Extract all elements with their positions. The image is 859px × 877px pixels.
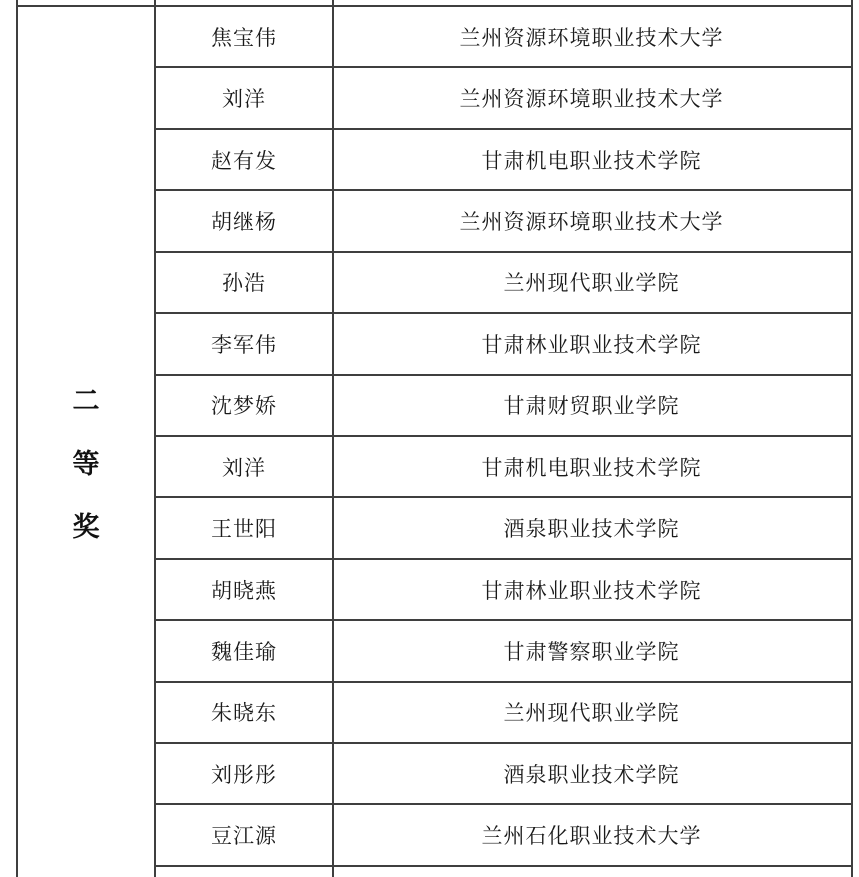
school-name-cell: 兰州石化职业技术大学 bbox=[332, 805, 851, 864]
award-group-cell: 二 等 奖 bbox=[18, 7, 154, 877]
table-row: 刘洋 甘肃机电职业技术学院 bbox=[156, 437, 851, 498]
table-row: 朱晓东 兰州现代职业学院 bbox=[156, 683, 851, 744]
document-page: 二 等 奖 焦宝伟 兰州资源环境职业技术大学 刘洋 兰州资源环境职业技术大学 赵… bbox=[0, 0, 859, 877]
winner-name-cell: 李军伟 bbox=[156, 314, 332, 373]
winner-name-cell: 胡继杨 bbox=[156, 191, 332, 250]
school-name-cell: 兰州现代职业学院 bbox=[332, 253, 851, 312]
table-row: 李军伟 甘肃林业职业技术学院 bbox=[156, 314, 851, 375]
school-name-cell: 兰州现代职业学院 bbox=[332, 683, 851, 742]
table-row: 刘彤彤 酒泉职业技术学院 bbox=[156, 744, 851, 805]
table-row: 沈梦娇 甘肃财贸职业学院 bbox=[156, 376, 851, 437]
winner-name-cell: 王世阳 bbox=[156, 498, 332, 557]
school-name-cell: 酒泉职业技术学院 bbox=[332, 498, 851, 557]
table-row: 赵有发 甘肃机电职业技术学院 bbox=[156, 130, 851, 191]
school-name-cell: 甘肃财贸职业学院 bbox=[332, 376, 851, 435]
winner-name-cell: 赵有发 bbox=[156, 130, 332, 189]
school-name-cell: 酒泉职业技术学院 bbox=[332, 744, 851, 803]
table-row: 豆江源 兰州石化职业技术大学 bbox=[156, 805, 851, 866]
table-row: 魏佳瑜 甘肃警察职业学院 bbox=[156, 621, 851, 682]
school-name-cell: 兰州资源环境职业技术大学 bbox=[332, 68, 851, 127]
award-label-char: 二 bbox=[18, 370, 154, 433]
table-row: 胡晓燕 甘肃林业职业技术学院 bbox=[156, 560, 851, 621]
winner-name-cell: 豆江源 bbox=[156, 805, 332, 864]
winner-table-rows: 焦宝伟 兰州资源环境职业技术大学 刘洋 兰州资源环境职业技术大学 赵有发 甘肃机… bbox=[156, 7, 851, 867]
winner-name-cell: 沈梦娇 bbox=[156, 376, 332, 435]
award-label-char: 等 bbox=[18, 433, 154, 496]
table-right-border bbox=[851, 0, 853, 877]
table-row: 孙浩 兰州现代职业学院 bbox=[156, 253, 851, 314]
school-name-cell: 甘肃林业职业技术学院 bbox=[332, 314, 851, 373]
table-row: 焦宝伟 兰州资源环境职业技术大学 bbox=[156, 7, 851, 68]
school-name-cell: 甘肃警察职业学院 bbox=[332, 621, 851, 680]
award-label: 二 等 奖 bbox=[18, 370, 154, 559]
table-row: 胡继杨 兰州资源环境职业技术大学 bbox=[156, 191, 851, 252]
school-name-cell: 兰州资源环境职业技术大学 bbox=[332, 7, 851, 66]
winner-name-cell: 魏佳瑜 bbox=[156, 621, 332, 680]
school-name-cell: 甘肃机电职业技术学院 bbox=[332, 130, 851, 189]
winner-name-cell: 朱晓东 bbox=[156, 683, 332, 742]
school-name-cell: 兰州资源环境职业技术大学 bbox=[332, 191, 851, 250]
winner-name-cell: 孙浩 bbox=[156, 253, 332, 312]
table-row: 王世阳 酒泉职业技术学院 bbox=[156, 498, 851, 559]
award-label-char: 奖 bbox=[18, 496, 154, 559]
winner-name-cell: 刘彤彤 bbox=[156, 744, 332, 803]
winner-name-cell: 焦宝伟 bbox=[156, 7, 332, 66]
school-name-cell: 甘肃林业职业技术学院 bbox=[332, 560, 851, 619]
winner-name-cell: 刘洋 bbox=[156, 68, 332, 127]
school-name-cell: 甘肃机电职业技术学院 bbox=[332, 437, 851, 496]
winner-name-cell: 胡晓燕 bbox=[156, 560, 332, 619]
winner-name-cell: 刘洋 bbox=[156, 437, 332, 496]
table-row: 刘洋 兰州资源环境职业技术大学 bbox=[156, 68, 851, 129]
